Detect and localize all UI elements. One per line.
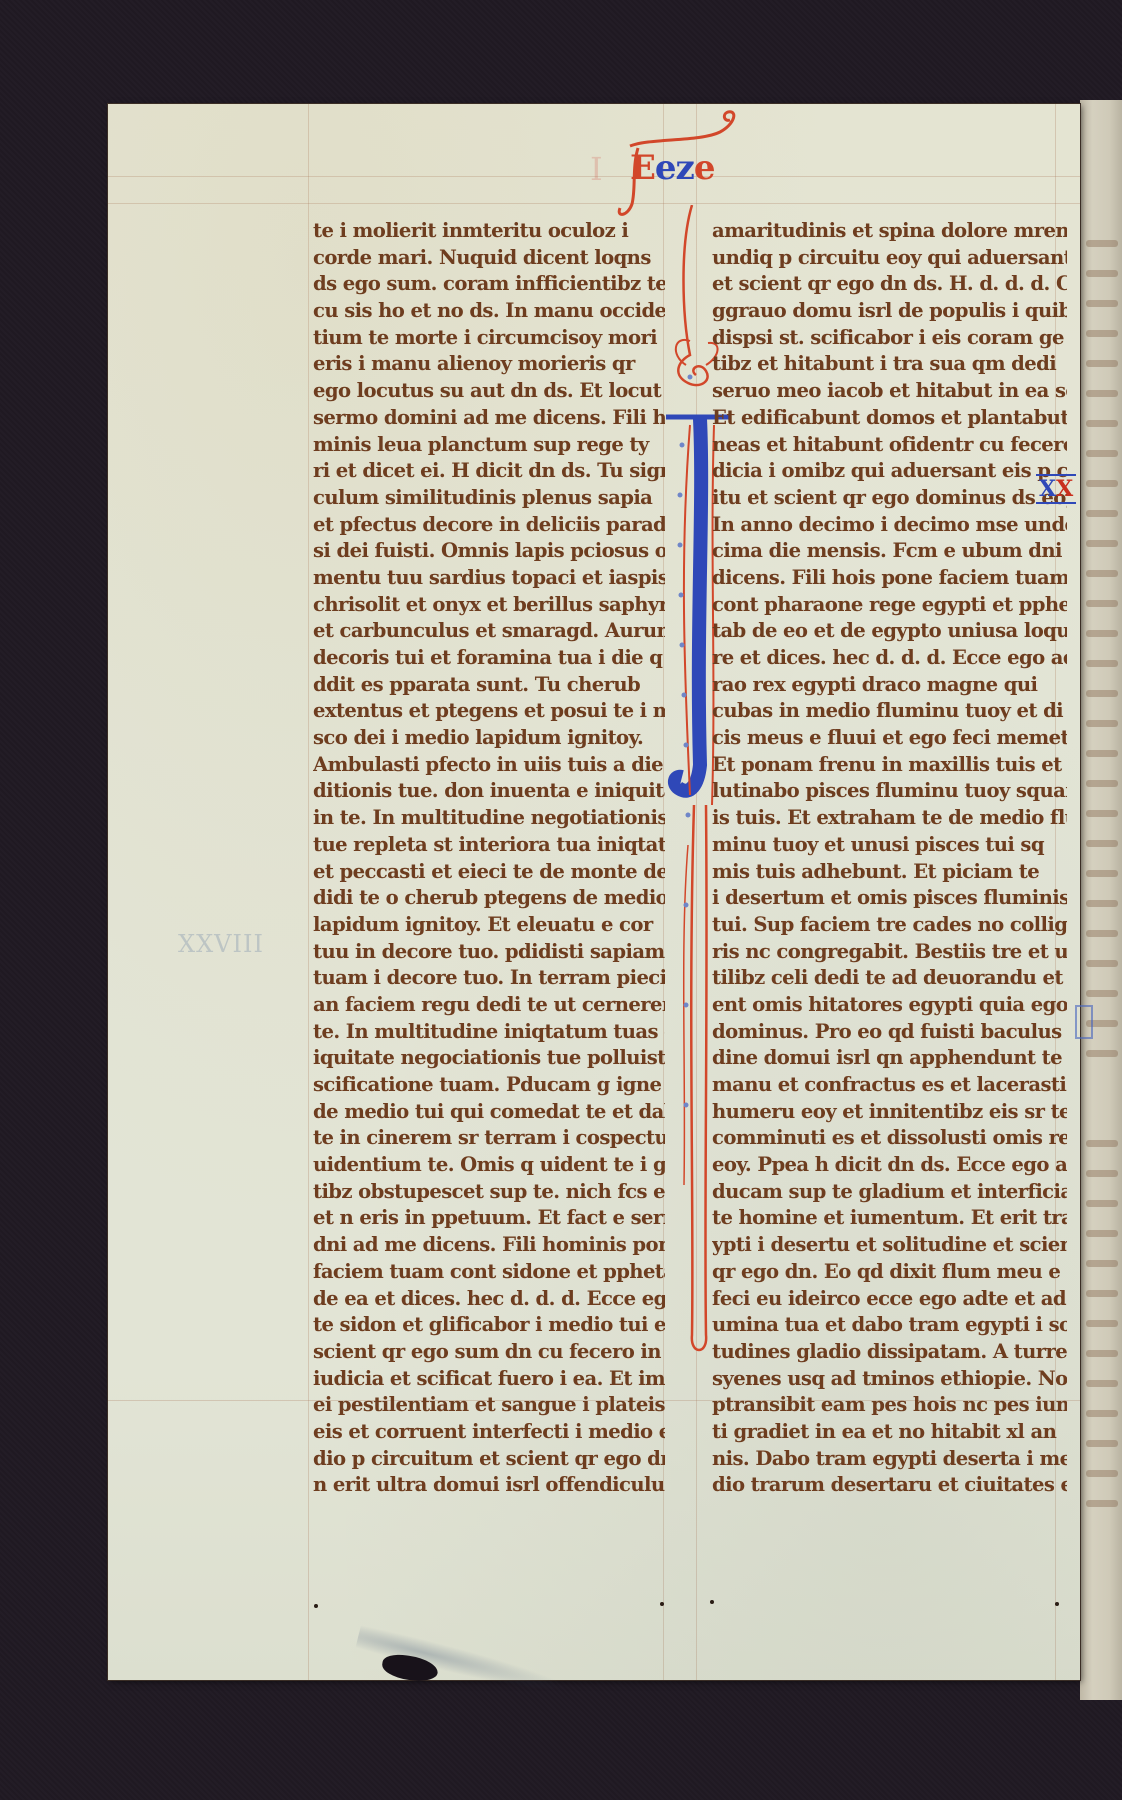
pricking-hole (314, 1604, 318, 1608)
text-line: scient qr ego sum dn cu fecero in ea (313, 1339, 665, 1366)
text-line: tibz et hitabunt i tra sua qm dedi (712, 351, 1067, 378)
text-line: ds ego sum. coram infficientibz te (313, 271, 665, 298)
text-line: mis tuis adhebunt. Et piciam te (712, 859, 1067, 886)
text-line: eoy. Ppea h dicit dn ds. Ecce ego ad (712, 1152, 1067, 1179)
text-line: ris nc congregabit. Bestiis tre et uola (712, 939, 1067, 966)
ghost-running-head: I (590, 150, 603, 188)
text-line: si dei fuisti. Omnis lapis pciosus opi (313, 538, 665, 565)
text-line: cis meus e fluui et ego feci memet ipm. (712, 725, 1067, 752)
text-column-right: amaritudinis et spina dolore mrens undiq… (712, 218, 1067, 1499)
text-line: eis et corruent interfecti i medio ei gl… (313, 1419, 665, 1446)
text-line: cubas in medio fluminu tuoy et di (712, 698, 1067, 725)
text-line: is tuis. Et extraham te de medio flu (712, 805, 1067, 832)
text-line: amaritudinis et spina dolore mrens (712, 218, 1067, 245)
text-line: corde mari. Nuquid dicent loqns (313, 245, 665, 272)
text-line: eris i manu alienoy morieris qr (313, 351, 665, 378)
pricking-hole (660, 1602, 664, 1606)
show-through-initial-icon (1075, 1005, 1093, 1039)
text-line: te. In multitudine iniqtatum tuas et i (313, 1019, 665, 1046)
text-line: minu tuoy et unusi pisces tui sq (712, 832, 1067, 859)
text-line: dine domui isrl qn apphendunt te (712, 1045, 1067, 1072)
text-line: feci eu ideirco ecce ego adte et ad fl (712, 1286, 1067, 1313)
chapter-number-red: X (1056, 476, 1073, 502)
text-line: et pfectus decore in deliciis paradi (313, 512, 665, 539)
text-line: syenes usq ad tminos ethiopie. No (712, 1366, 1067, 1393)
text-line: cont pharaone rege egypti et pphe (712, 592, 1067, 619)
text-line: didi te o cherub ptegens de medio (313, 885, 665, 912)
text-line: Et ponam frenu in maxillis tuis et agg (712, 752, 1067, 779)
text-line: culum similitudinis plenus sapia (313, 485, 665, 512)
text-line: tilibz celi dedi te ad deuorandu et sci (712, 965, 1067, 992)
text-line: an faciem regu dedi te ut cernerent (313, 992, 665, 1019)
text-line: ducam sup te gladium et interficiam de (712, 1179, 1067, 1206)
text-line: mentu tuu sardius topaci et iaspis (313, 565, 665, 592)
ghost-chapter-number: XXVIII (178, 930, 264, 958)
text-line: ditionis tue. don inuenta e iniquitas (313, 778, 665, 805)
text-line: ego locutus su aut dn ds. Et locut (313, 378, 665, 405)
text-line: chrisolit et onyx et berillus saphyr (313, 592, 665, 619)
text-line: faciem tuam cont sidone et pphetab (313, 1259, 665, 1286)
text-line: extentus et ptegens et posui te i monte (313, 698, 665, 725)
text-line: dni ad me dicens. Fili hominis pone (313, 1232, 665, 1259)
text-line: Ambulasti pfecto in uiis tuis a die co (313, 752, 665, 779)
text-line: nis. Dabo tram egypti deserta i me (712, 1446, 1067, 1473)
text-line: lutinabo pisces fluminu tuoy squam (712, 778, 1067, 805)
text-line: tudines gladio dissipatam. A turre (712, 1339, 1067, 1366)
text-line: tuam i decore tuo. In terram pieci te (313, 965, 665, 992)
text-line: ei pestilentiam et sangue i plateis (313, 1392, 665, 1419)
text-line: minis leua planctum sup rege ty (313, 432, 665, 459)
text-line: ddit es pparata sunt. Tu cherub (313, 672, 665, 699)
text-line: de ea et dices. hec d. d. d. Ecce ego ad (313, 1286, 665, 1313)
text-line: undiq p circuitu eoy qui aduersant eis (712, 245, 1067, 272)
text-line: ptransibit eam pes hois nc pes iumi (712, 1392, 1067, 1419)
text-line: tue repleta st interiora tua iniqtate (313, 832, 665, 859)
text-line: ypti i desertu et solitudine et scient (712, 1232, 1067, 1259)
chapter-number-blue: X (1039, 476, 1056, 502)
text-line: in te. In multitudine negotiationis (313, 805, 665, 832)
text-line: de medio tui qui comedat te et dabo (313, 1099, 665, 1126)
ruling-line (308, 104, 309, 1680)
text-line: et scient qr ego dn ds. H. d. d. d. Cu (712, 271, 1067, 298)
text-line: lapidum ignitoy. Et eleuatu e cor (313, 912, 665, 939)
text-line: sco dei i medio lapidum ignitoy. (313, 725, 665, 752)
text-line: uidentium te. Omis q uident te i ge (313, 1152, 665, 1179)
text-line: iudicia et scificat fuero i ea. Et imitt… (313, 1366, 665, 1393)
pricking-hole (1055, 1602, 1059, 1606)
text-line: et peccasti et eieci te de monte dei et … (313, 859, 665, 886)
text-line: cu sis ho et no ds. In manu occiden (313, 298, 665, 325)
text-line: dicia i omibz qui aduersant eis p circu (712, 458, 1067, 485)
text-line: In anno decimo i decimo mse unde (712, 512, 1067, 539)
text-line: tui. Sup faciem tre cades no collige (712, 912, 1067, 939)
text-line: i desertum et omis pisces fluminis (712, 885, 1067, 912)
text-line: humeru eoy et innitentibz eis sr te (712, 1099, 1067, 1126)
text-line: sermo domini ad me dicens. Fili ho (313, 405, 665, 432)
text-line: ri et dicet ei. H dicit dn ds. Tu signa (313, 458, 665, 485)
text-line: rao rex egypti draco magne qui (712, 672, 1067, 699)
pricking-hole (710, 1600, 714, 1604)
text-line: umina tua et dabo tram egypti i soli (712, 1312, 1067, 1339)
text-line: ti gradiet in ea et no hitabit xl an (712, 1419, 1067, 1446)
text-line: tuu in decore tuo. pdidisti sapiam (313, 939, 665, 966)
text-line: decoris tui et foramina tua i die q (313, 645, 665, 672)
text-line: neas et hitabunt ofidentr cu fecero iu (712, 432, 1067, 459)
text-line: dio p circuitum et scient qr ego dn. et (313, 1446, 665, 1473)
text-line: et carbunculus et smaragd. Aurum op (313, 618, 665, 645)
text-line: scificatione tuam. Pducam g igne (313, 1072, 665, 1099)
ruling-line (108, 203, 1080, 204)
text-line: te i molierit inmteritu oculoz i (313, 218, 665, 245)
text-line: cima die mensis. Fcm e ubum dni ad me (712, 538, 1067, 565)
text-line: ggrauo domu isrl de populis i quibz (712, 298, 1067, 325)
text-line: iquitate negociationis tue polluisti (313, 1045, 665, 1072)
text-line: dominus. Pro eo qd fuisti baculus arun (712, 1019, 1067, 1046)
text-column-left: te i molierit inmteritu oculoz i corde m… (313, 218, 665, 1499)
text-line: qr ego dn. Eo qd dixit flum meu e et e (712, 1259, 1067, 1286)
text-line: dio trarum desertaru et ciuitates e (712, 1472, 1067, 1499)
text-line: itu et scient qr ego dominus ds eoy. (712, 485, 1067, 512)
text-line: tibz obstupescet sup te. nich fcs es (313, 1179, 665, 1206)
text-line: ent omis hitatores egypti quia ego (712, 992, 1067, 1019)
text-line: manu et confractus es et lacerasti oem (712, 1072, 1067, 1099)
text-line: te sidon et glificabor i medio tui et (313, 1312, 665, 1339)
text-line: re et dices. hec d. d. d. Ecce ego ad te… (712, 645, 1067, 672)
text-line: te homine et iumentum. Et erit tra eg (712, 1205, 1067, 1232)
adjacent-leaf-edge (1080, 100, 1122, 1700)
text-line: tium te morte i circumcisoy mori (313, 325, 665, 352)
text-line: n erit ultra domui isrl offendiculum (313, 1472, 665, 1499)
text-line: et n eris in ppetuum. Et fact e sermo (313, 1205, 665, 1232)
chapter-number: XX (1036, 474, 1076, 504)
text-line: dicens. Fili hois pone faciem tuam (712, 565, 1067, 592)
text-line: seruo meo iacob et hitabut in ea secu (712, 378, 1067, 405)
text-line: dispsi st. scificabor i eis coram ge (712, 325, 1067, 352)
text-line: tab de eo et de egypto uniusa loque (712, 618, 1067, 645)
text-line: te in cinerem sr terram i cospectu oium (313, 1125, 665, 1152)
text-line: Et edificabunt domos et plantabut ui (712, 405, 1067, 432)
text-line: comminuti es et dissolusti omis renes (712, 1125, 1067, 1152)
